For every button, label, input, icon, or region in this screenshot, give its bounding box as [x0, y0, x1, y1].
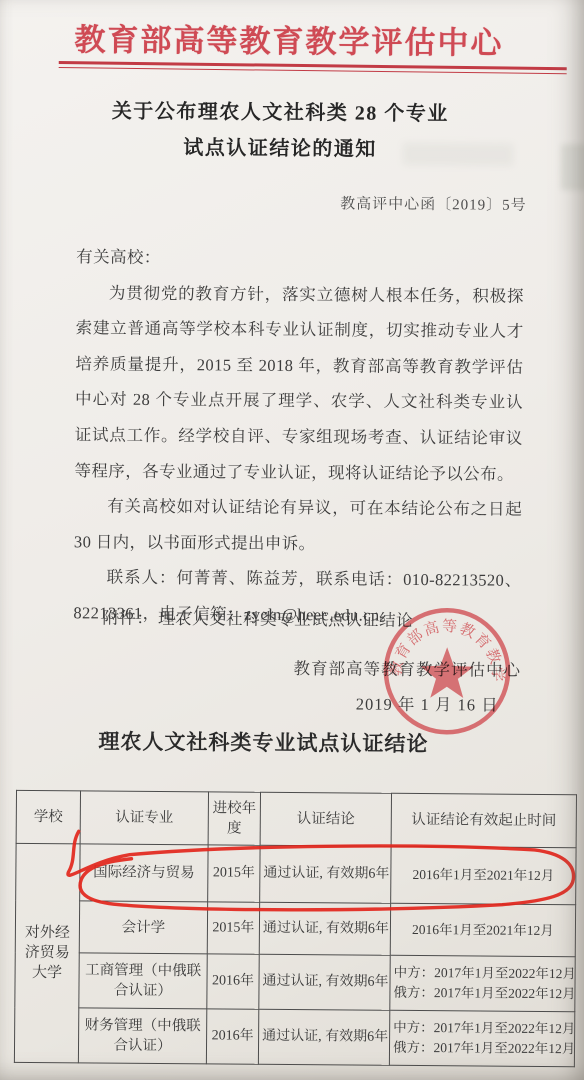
conclusion-cell: 通过认证, 有效期6年 [259, 902, 390, 955]
letterhead-divider-rule [59, 61, 567, 74]
document-title-line1: 关于公布理农人文社科类 28 个专业 [3, 93, 557, 133]
header-school: 学校 [16, 790, 80, 844]
header-validity: 认证结论有效起止时间 [391, 793, 576, 847]
major-cell: 工商管理（中俄联合认证） [79, 953, 207, 1009]
header-conclusion: 认证结论 [260, 792, 391, 846]
school-cell: 对外经济贸易大学 [14, 843, 80, 1062]
notice-body: 有关高校： 为贯彻党的教育方针，落实立德树人根本任务，积极探索建立普通高等学校本… [73, 239, 524, 634]
conclusion-cell: 通过认证, 有效期6年 [259, 954, 390, 1010]
table-row: 会计学 2015年 通过认证, 有效期6年 2016年1月至2021年12月 [15, 900, 575, 956]
validity-cell: 中方：2017年1月至2022年12月 俄方：2017年1月至2022年12月 [389, 1010, 574, 1066]
body-paragraph-2: 有关高校如对认证结论有异议，可在本结论公布之日起 30 日内，以书面形式提出申诉… [74, 488, 523, 563]
major-cell: 国际经济与贸易 [80, 844, 208, 902]
major-cell: 会计学 [79, 901, 207, 954]
photo-edge-artifact [561, 144, 584, 190]
validity-cell: 中方：2017年1月至2022年12月 俄方：2017年1月至2022年12月 [390, 955, 575, 1011]
year-cell: 2015年 [208, 845, 260, 902]
header-entry-year: 进校年度 [208, 792, 260, 845]
conclusion-cell: 通过认证, 有效期6年 [260, 845, 391, 903]
year-cell: 2015年 [207, 902, 259, 954]
body-paragraph-1: 为贯彻党的教育方针，落实立德树人根本任务，积极探索建立普通高等学校本科专业认证制… [74, 275, 524, 492]
table-header-row: 学校 认证专业 进校年度 认证结论 认证结论有效起止时间 [16, 790, 576, 847]
table-row: 工商管理（中俄联合认证） 2016年 通过认证, 有效期6年 中方：2017年1… [15, 952, 575, 1011]
year-cell: 2016年 [207, 954, 259, 1009]
letterhead-org-name: 教育部高等教育教学评估中心 [4, 14, 574, 63]
salutation: 有关高校： [76, 239, 524, 278]
year-cell: 2016年 [206, 1009, 258, 1064]
certification-results-table: 学校 认证专业 进校年度 认证结论 认证结论有效起止时间 对外经济贸易大学 国际… [14, 790, 577, 1067]
ink-bleedthrough [403, 143, 513, 166]
header-major: 认证专业 [80, 791, 208, 845]
attachment-reference-line: 附件： 理农人文社科类专业试点认证结论 [102, 605, 413, 631]
seal-star-icon [420, 647, 474, 698]
table-row: 对外经济贸易大学 国际经济与贸易 2015年 通过认证, 有效期6年 2016年… [16, 843, 576, 904]
document-number: 教高评中心函〔2019〕5号 [340, 192, 527, 214]
official-red-seal: 教育部高等教育教学评估中心 [373, 601, 520, 742]
conclusion-cell: 通过认证, 有效期6年 [258, 1009, 389, 1065]
table-row: 财务管理（中俄联合认证） 2016年 通过认证, 有效期6年 中方：2017年1… [14, 1007, 574, 1066]
validity-cell: 2016年1月至2021年12月 [391, 846, 576, 904]
scanned-document-page: 教育部高等教育教学评估中心 关于公布理农人文社科类 28 个专业 试点认证结论的… [0, 0, 584, 1080]
validity-cell: 2016年1月至2021年12月 [390, 903, 575, 956]
major-cell: 财务管理（中俄联合认证） [78, 1008, 206, 1064]
